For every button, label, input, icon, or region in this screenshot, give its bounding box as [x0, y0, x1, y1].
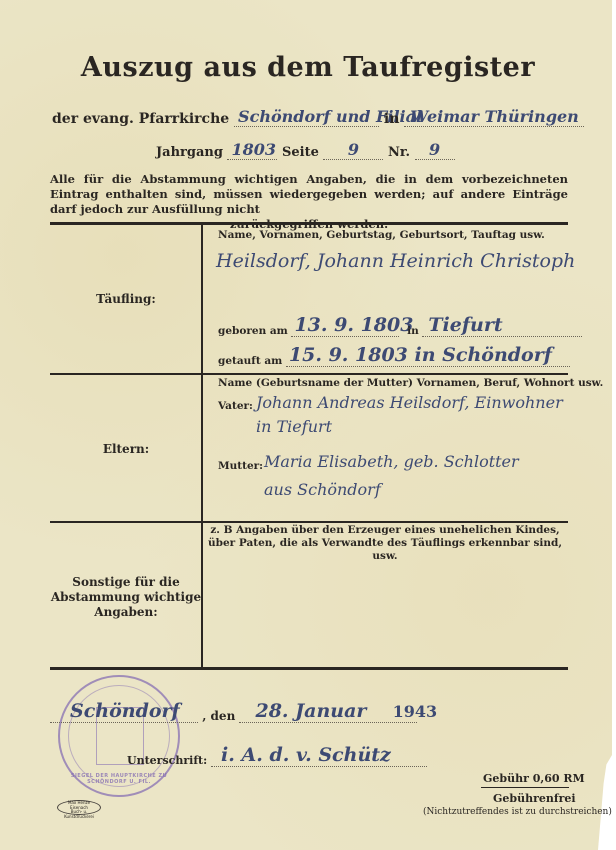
number-value: 9 [429, 140, 440, 159]
born-date-field: 13. 9. 1803 [291, 314, 399, 337]
mother-label: Mutter: [218, 460, 263, 472]
page-field: 9 [323, 140, 383, 160]
printer-mark-line: Buch- u. Kunstdruckerei [58, 810, 100, 819]
row-divider [50, 521, 568, 523]
baptized-value: 15. 9. 1803 in Schöndorf [289, 344, 552, 366]
date-value: 28. Januar [255, 700, 366, 722]
parents-label: Eltern: [50, 442, 202, 457]
born-place-field: Tiefurt [422, 314, 582, 337]
baptized-row: getauft am 15. 9. 1803 in Schöndorf [218, 344, 570, 367]
fee-text: Gebühr 0,60 RM [483, 772, 585, 785]
in-label: in [384, 111, 400, 127]
church-label: der evang. Pfarrkirche [52, 111, 229, 127]
father-label: Vater: [218, 400, 253, 412]
place-value: Schöndorf [70, 700, 180, 722]
strike-note: (Nichtzutreffendes ist zu durchstreichen… [423, 807, 612, 817]
number-label: Nr. [388, 145, 410, 160]
year-field: 1803 [227, 140, 277, 160]
table-bottom-rule [50, 667, 568, 670]
in-value: Weimar Thüringen [410, 107, 579, 126]
other-header: z. B Angaben über den Erzeuger eines une… [202, 524, 568, 563]
year-label: Jahrgang [156, 145, 223, 160]
church-row: der evang. Pfarrkirche Schöndorf und Fil… [52, 107, 584, 127]
register-row: Jahrgang 1803 Seite 9 Nr. 9 [156, 140, 455, 160]
church-seal-stamp: SIEGEL DER HAUPTKIRCHE ZU SCHÖNDORF U. F… [58, 675, 180, 797]
signature-row: Unterschrift: i. A. d. v. Schütz [127, 744, 427, 767]
church-field: Schöndorf und Filial [234, 107, 379, 127]
other-label-line: Angaben: [50, 605, 202, 620]
place-field: Schöndorf [50, 700, 198, 723]
other-label-line: Sonstige für die [50, 575, 202, 590]
signature-field: i. A. d. v. Schütz [211, 744, 427, 767]
mother-line1-value: Maria Elisabeth, geb. Schlotter [264, 452, 519, 471]
mother-line2-value: aus Schöndorf [264, 480, 381, 499]
document-page: Auszug aus dem Taufregister der evang. P… [0, 0, 612, 850]
other-label: Sonstige für die Abstammung wichtige Ang… [50, 575, 202, 620]
date-label: , den [202, 709, 235, 723]
baptized-field: 15. 9. 1803 in Schöndorf [286, 344, 570, 367]
table-top-rule [50, 222, 568, 225]
printer-mark: Max Henze Eisenach Buch- u. Kunstdrucker… [57, 800, 101, 815]
born-place-value: Tiefurt [428, 314, 502, 336]
father-line2-value: in Tiefurt [256, 417, 332, 436]
year-value: 1803 [231, 140, 276, 159]
born-row: geboren am 13. 9. 1803 in Tiefurt [218, 314, 582, 337]
other-header-line: über Paten, die als Verwandte des Täufli… [202, 537, 568, 563]
year-value: 1943 [393, 702, 438, 721]
parents-header: Name (Geburtsname der Mutter) Vornamen, … [218, 377, 603, 389]
other-header-line: z. B Angaben über den Erzeuger eines une… [202, 524, 568, 537]
date-field: 28. Januar 1943 [239, 700, 417, 723]
in-field: Weimar Thüringen [404, 107, 584, 127]
signature-label: Unterschrift: [127, 754, 207, 767]
fee-divider [481, 787, 569, 788]
born-date-value: 13. 9. 1803 [294, 314, 413, 336]
torn-corner [598, 755, 612, 850]
document-title: Auszug aus dem Taufregister [0, 52, 616, 83]
other-label-line: Abstammung wichtige [50, 590, 202, 605]
number-field: 9 [415, 140, 455, 160]
place-date-row: Schöndorf , den 28. Januar 1943 [50, 700, 417, 723]
born-label: geboren am [218, 325, 288, 337]
page-label: Seite [282, 145, 319, 160]
father-line1-value: Johann Andreas Heilsdorf, Einwohner [256, 393, 563, 412]
child-header: Name, Vornamen, Geburtstag, Geburtsort, … [218, 229, 545, 241]
child-label: Täufling: [50, 292, 202, 307]
stamp-text: SIEGEL DER HAUPTKIRCHE ZU SCHÖNDORF U. F… [60, 773, 178, 785]
row-divider [50, 373, 568, 375]
fee-free-text: Gebührenfrei [493, 792, 576, 805]
born-in-label: in [407, 325, 419, 337]
page-value: 9 [348, 140, 359, 159]
child-name-value: Heilsdorf, Johann Heinrich Christoph [216, 250, 575, 272]
signature-value: i. A. d. v. Schütz [221, 744, 391, 766]
baptized-label: getauft am [218, 355, 282, 367]
